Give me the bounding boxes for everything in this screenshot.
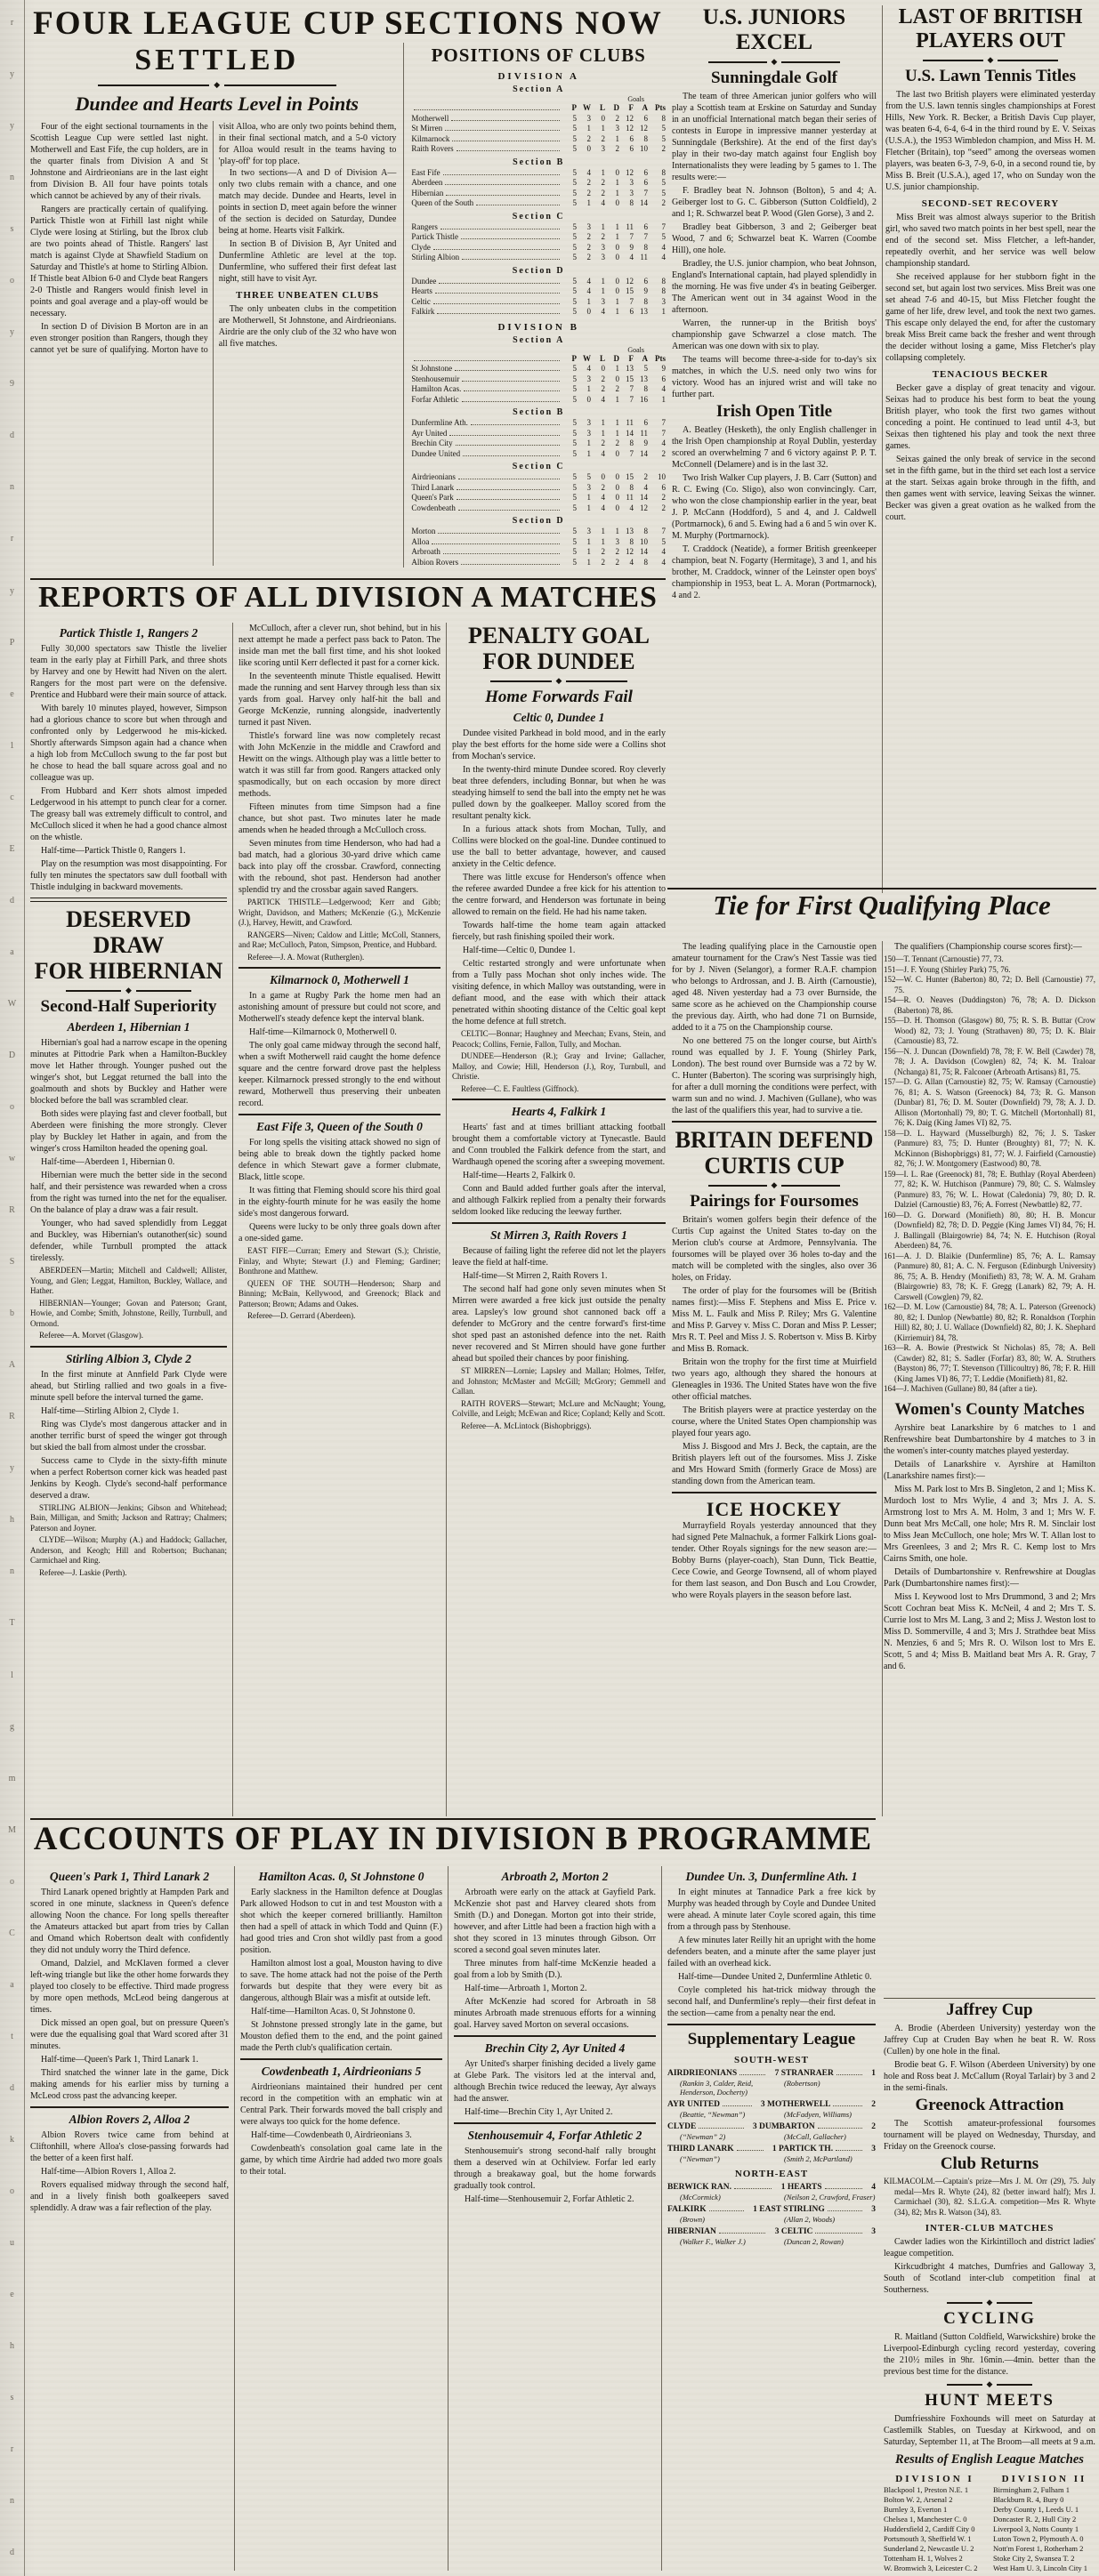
table-text: 10 xyxy=(648,472,666,483)
curtis-body: Britain's women golfers begin their defe… xyxy=(672,1214,877,1487)
result-text: 7 xyxy=(768,2068,779,2079)
table-text: 1 xyxy=(577,449,591,460)
table-text: DIVISION B xyxy=(411,322,666,333)
ice-hockey-title: ICE HOCKEY xyxy=(672,1498,877,1520)
table-text: 2 xyxy=(605,144,619,155)
table-text: DIVISION A xyxy=(411,71,666,82)
result-text: AYR UNITED xyxy=(667,2099,720,2110)
table-text: Stirling Albion xyxy=(411,253,459,263)
paragraph: Fifteen minutes from time Simpson had a … xyxy=(238,801,440,836)
table-text xyxy=(414,109,560,110)
result-text: 3 xyxy=(865,2144,876,2154)
table-text: 0 xyxy=(605,493,619,503)
division-b-col3: Arbroath 2, Morton 2 Arbroath were early… xyxy=(448,1866,662,2571)
headline-ornament xyxy=(98,81,336,89)
table-text: Goals xyxy=(411,95,666,103)
table-text: 8 xyxy=(634,558,648,568)
table-text: 2 xyxy=(591,134,605,145)
table-text: Dundee xyxy=(411,277,436,287)
table-text: 1 xyxy=(605,297,619,308)
stenny-score: Stenhousemuir 4, Forfar Athletic 2 xyxy=(454,2129,656,2143)
margin-noise-glyph: g xyxy=(10,1722,14,1732)
table-row: Hearts54101598 xyxy=(411,286,666,297)
paragraph: Seven minutes from time Henderson, who h… xyxy=(238,838,440,896)
margin-noise-glyph: d xyxy=(10,2083,14,2093)
paragraph: Referee—A. Morvet (Glasgow). xyxy=(30,1331,227,1341)
paragraph: The leading qualifying place in the Carn… xyxy=(672,941,877,1034)
division-a-col2: McCulloch, after a clever run, shot behi… xyxy=(233,623,447,1816)
margin-noise-glyph: e xyxy=(10,2290,13,2299)
table-text: 11 xyxy=(634,429,648,439)
paragraph: Rangers are practically certain of quali… xyxy=(30,204,208,319)
table-text: 9 xyxy=(619,243,634,254)
table-text: 15 xyxy=(619,472,634,483)
table-text: 7 xyxy=(648,429,666,439)
table-row: St Mirren511312125 xyxy=(411,124,666,134)
table-text: 1 xyxy=(577,439,591,449)
margin-noise-glyph: w xyxy=(9,1154,15,1163)
result-text: THIRD LANARK xyxy=(667,2144,734,2154)
paragraph: The only unbeaten clubs in the competiti… xyxy=(219,303,397,350)
tie-headline: Tie for First Qualifying Place xyxy=(667,890,1096,922)
table-text: 3 xyxy=(619,189,634,199)
paragraph: Three minutes from half-time McKenzie he… xyxy=(454,1958,656,1981)
paragraph: From Hubbard and Kerr shots almost imped… xyxy=(30,785,227,843)
table-text: Forfar Athletic xyxy=(411,395,458,406)
table-text xyxy=(435,293,560,294)
result-text: (Duncan 2, Rowan) xyxy=(772,2237,876,2246)
paragraph: In the first minute at Annfield Park Cly… xyxy=(30,1369,227,1404)
table-text: 5 xyxy=(562,537,577,548)
paragraph: McCulloch, after a clever run, shot behi… xyxy=(238,623,440,669)
paragraph: Britain's women golfers begin their defe… xyxy=(672,1214,877,1284)
paragraph: Third Lanark opened brightly at Hampden … xyxy=(30,1887,229,1956)
result-text: CLYDE xyxy=(667,2121,696,2132)
result-text: Stoke City 2, Swansea T. 2 xyxy=(993,2554,1095,2564)
table-text xyxy=(476,205,560,205)
stmirren-score: St Mirren 3, Raith Rovers 1 xyxy=(452,1228,666,1243)
table-text: 7 xyxy=(634,232,648,243)
margin-noise-glyph: n xyxy=(10,482,14,492)
lead-headline-line2: SETTLED xyxy=(30,43,403,78)
table-text: 4 xyxy=(591,503,605,514)
table-text: 5 xyxy=(562,243,577,254)
table-text: Arbroath xyxy=(411,547,440,558)
article-dundee-united: Dundee Un. 3, Dunfermline Ath. 1 In eigh… xyxy=(667,1870,876,2019)
table-row: Forfar Athletic50417161 xyxy=(411,395,666,406)
table-text: 3 xyxy=(648,297,666,308)
division-b-band: ACCOUNTS OF PLAY IN DIVISION B PROGRAMME xyxy=(30,1818,876,1864)
result-text: Luton Town 2, Plymouth A. 0 xyxy=(993,2534,1095,2544)
result-text: Liverpool 3, Notts County 1 xyxy=(993,2524,1095,2534)
greenock-body: The Scottish amateur-professional fourso… xyxy=(884,2118,1095,2153)
article-brechin: Brechin City 2, Ayr United 4 Ayr United'… xyxy=(454,2041,656,2118)
table-row: Aberdeen5221365 xyxy=(411,178,666,189)
table-text: 1 xyxy=(605,307,619,318)
newspaper-page: ryynsoy9dnryPe1cEdaWDowRSbARyhnTlgmMoCat… xyxy=(0,0,1099,2576)
table-text: 1 xyxy=(605,134,619,145)
paragraph: The last two British players were elimin… xyxy=(885,89,1095,193)
result-text xyxy=(737,2150,764,2151)
result-text: Tottenham H. 1, Wolves 2 xyxy=(884,2554,986,2564)
table-text: 0 xyxy=(605,253,619,263)
paragraph: 162—D. M. Low (Carnoustie) 84, 78; A. L.… xyxy=(884,1302,1095,1343)
supplementary-title: Supplementary League xyxy=(667,2030,876,2049)
table-text: 5 xyxy=(562,178,577,189)
table-text: 12 xyxy=(619,124,634,134)
table-text: 8 xyxy=(634,297,648,308)
result-text: (McCall, Gallacher) xyxy=(772,2132,876,2141)
result-text: Blackpool 1, Preston N.E. 1 xyxy=(884,2485,986,2495)
english-division: DIVISION IIBirmingham 2, Fulham 1Blackbu… xyxy=(993,2472,1095,2573)
margin-noise-glyph: h xyxy=(10,2341,14,2351)
table-text xyxy=(449,435,560,436)
paragraph: Miss I. Keywood lost to Mrs Drummond, 3 … xyxy=(884,1591,1095,1672)
paragraph: Cowdenbeath's consolation goal came late… xyxy=(240,2143,442,2178)
table-text: 1 xyxy=(591,286,605,297)
table-text xyxy=(464,390,560,391)
queens-body: Third Lanark opened brightly at Hampden … xyxy=(30,1887,229,2102)
margin-noise-glyph: s xyxy=(11,224,14,234)
table-text xyxy=(432,543,560,544)
diamond-ornament xyxy=(552,677,567,685)
table-text xyxy=(433,303,560,304)
paragraph: Miss M. Park lost to Mrs B. Singleton, 2… xyxy=(884,1484,1095,1565)
table-text: 5 xyxy=(634,364,648,374)
table-text: Partick Thistle xyxy=(411,232,458,243)
table-text: 8 xyxy=(634,134,648,145)
table-text: Stenhousemuir xyxy=(411,374,459,385)
table-text: 1 xyxy=(605,222,619,233)
article-kilmarnock: Kilmarnock 0, Motherwell 1 In a game at … xyxy=(238,973,440,1109)
table-text: 5 xyxy=(562,547,577,558)
table-text: 7 xyxy=(648,222,666,233)
table-text: A xyxy=(634,103,648,114)
table-text: 9 xyxy=(634,286,648,297)
paragraph: 156—N. J. Duncan (Downfield) 78, 78; F. … xyxy=(884,1047,1095,1078)
table-text: 5 xyxy=(648,537,666,548)
club-returns-title: Club Returns xyxy=(884,2154,1095,2174)
table-text: 2 xyxy=(577,178,591,189)
paragraph: Miss J. Bisgood and Mrs J. Beck, the cap… xyxy=(672,1441,877,1487)
table-text: Queen's Park xyxy=(411,493,453,503)
table-text: 5 xyxy=(562,429,577,439)
table-text: 2 xyxy=(591,384,605,395)
table-text: 4 xyxy=(648,243,666,254)
result-text: Chelsea 1, Manchester C. 0 xyxy=(884,2515,986,2524)
table-text: 5 xyxy=(562,277,577,287)
margin-noise-glyph: m xyxy=(9,1774,16,1783)
paragraph: Half-time—Partick Thistle 0, Rangers 1. xyxy=(30,845,227,857)
table-text: 5 xyxy=(562,395,577,406)
result-text: 3 xyxy=(865,2226,876,2237)
table-text: 5 xyxy=(648,178,666,189)
second-set-crosshead: SECOND-SET RECOVERY xyxy=(885,198,1095,209)
hibs-teams: ABERDEEN—Martin; Mitchell and Caldwell; … xyxy=(30,1266,227,1341)
irish-open-body: A. Beatley (Hesketh), the only English c… xyxy=(672,424,877,601)
paragraph: Stenhousemuir's strong second-half rally… xyxy=(454,2145,656,2192)
table-text: 2 xyxy=(605,558,619,568)
margin-noise-glyph: s xyxy=(11,2393,14,2403)
table-text: 2 xyxy=(648,503,666,514)
margin-noise-glyph: D xyxy=(9,1051,15,1060)
paragraph: Fully 30,000 spectators saw Thistle the … xyxy=(30,643,227,701)
paragraph: Hamilton almost lost a goal, Mouston hav… xyxy=(240,1958,442,2004)
paragraph: DUNDEE—Henderson (R.); Gray and Irvine; … xyxy=(452,1051,666,1083)
table-text: 8 xyxy=(648,114,666,125)
table-text: L xyxy=(591,354,605,365)
paragraph: Half-time—Dundee United 2, Dunfermline A… xyxy=(667,1971,876,1983)
table-text: 4 xyxy=(577,168,591,179)
english-division: DIVISION IBlackpool 1, Preston N.E. 1Bol… xyxy=(884,2472,986,2573)
table-text: 3 xyxy=(577,114,591,125)
result-text: HEARTS xyxy=(785,2182,821,2193)
table-text: Section A xyxy=(411,335,666,345)
table-text: 3 xyxy=(591,144,605,155)
table-text: 14 xyxy=(619,429,634,439)
result-text: STRANRAER xyxy=(779,2068,834,2079)
table-row: Albion Rovers5122484 xyxy=(411,558,666,568)
table-row: Kilmarnock5221685 xyxy=(411,134,666,145)
table-text: 0 xyxy=(605,243,619,254)
table-text: 7 xyxy=(619,297,634,308)
table-text: 6 xyxy=(634,168,648,179)
table-text: 5 xyxy=(562,134,577,145)
paragraph: The teams will become three-a-side for t… xyxy=(672,354,877,400)
result-text: MOTHERWELL xyxy=(765,2099,831,2110)
table-text: 0 xyxy=(605,374,619,385)
result-text: DUMBARTON xyxy=(757,2121,815,2132)
dundee-body: Dundee visited Parkhead in bold mood, an… xyxy=(452,728,666,1027)
result-text: (Brown) xyxy=(667,2215,772,2224)
positions-tables: DIVISION ASection AGoalsPWLDFAPtsMotherw… xyxy=(411,71,666,568)
table-text: 5 xyxy=(562,493,577,503)
table-text: 2 xyxy=(591,483,605,494)
table-text: 5 xyxy=(562,449,577,460)
division-b-reports: Queen's Park 1, Third Lanark 2 Third Lan… xyxy=(30,1866,876,2571)
paragraph: R. Maitland (Sutton Coldfield, Warwicksh… xyxy=(884,2331,1095,2378)
table-text: 11 xyxy=(634,253,648,263)
tenacious-becker-crosshead: TENACIOUS BECKER xyxy=(885,369,1095,380)
paragraph: 155—D. H. Thomson (Glasgow) 80, 75; R. S… xyxy=(884,1016,1095,1047)
table-text: 2 xyxy=(577,189,591,199)
table-text: 4 xyxy=(634,483,648,494)
english-results-lists: DIVISION IBlackpool 1, Preston N.E. 1Bol… xyxy=(884,2472,1095,2573)
table-text: 4 xyxy=(577,277,591,287)
result-text: Sunderland 2, Newcastle U. 2 xyxy=(884,2544,986,2554)
table-row: Falkirk50416131 xyxy=(411,307,666,318)
table-text: 13 xyxy=(619,527,634,537)
table-text: W xyxy=(577,354,591,365)
paragraph: Airdrieonians maintained their hundred p… xyxy=(240,2081,442,2128)
arbroath-score: Arbroath 2, Morton 2 xyxy=(454,1870,656,1884)
result-text: (Neilson 2, Crawford, Fraser) xyxy=(772,2193,876,2202)
result-text xyxy=(699,2128,743,2129)
table-text: P xyxy=(562,103,577,114)
table-row: Airdrieonians550015210 xyxy=(411,472,666,483)
table-text: Section D xyxy=(411,516,666,526)
table-text: Queen of the South xyxy=(411,198,473,209)
table-text: 1 xyxy=(605,418,619,429)
table-row: Dunfermline Ath.53111167 xyxy=(411,418,666,429)
paragraph: Celtic restarted strongly and were unfor… xyxy=(452,958,666,1027)
margin-noise-glyph: R xyxy=(9,1412,15,1421)
result-text: Huddersfield 2, Cardiff City 0 xyxy=(884,2524,986,2534)
table-text: 3 xyxy=(605,124,619,134)
table-text: 8 xyxy=(619,439,634,449)
table-text xyxy=(439,283,560,284)
table-text: East Fife xyxy=(411,168,440,179)
margin-noise-glyph: a xyxy=(10,1980,13,1990)
brechin-score: Brechin City 2, Ayr United 4 xyxy=(454,2041,656,2056)
stenny-body: Stenhousemuir's strong second-half rally… xyxy=(454,2145,656,2205)
table-text: 5 xyxy=(577,472,591,483)
paragraph: Arbroath were early on the attack at Gay… xyxy=(454,1887,656,1956)
paragraph: 161—A. J. D. Blaikie (Dunfermline) 85, 7… xyxy=(884,1252,1095,1303)
paragraph: QUEEN OF THE SOUTH—Henderson; Sharp and … xyxy=(238,1279,440,1310)
eastfife-score: East Fife 3, Queen of the South 0 xyxy=(238,1120,440,1134)
hearts-score: Hearts 4, Falkirk 1 xyxy=(452,1105,666,1119)
table-text: 3 xyxy=(591,297,605,308)
table-text: 6 xyxy=(634,222,648,233)
table-text xyxy=(462,401,560,402)
division-a-reports: Partick Thistle 1, Rangers 2 Fully 30,00… xyxy=(30,623,666,1816)
result-text: (Beattie, “Newman”)(McFadyen, Williams) xyxy=(667,2110,876,2119)
paragraph: Both sides were playing fast and clever … xyxy=(30,1108,227,1155)
paragraph: It was fitting that Fleming should score… xyxy=(238,1185,440,1220)
paragraph: Becker gave a display of great tenacity … xyxy=(885,382,1095,452)
article-hearts: Hearts 4, Falkirk 1 Hearts' fast and at … xyxy=(452,1105,666,1218)
stirling-body: In the first minute at Annfield Park Cly… xyxy=(30,1369,227,1501)
table-text: 0 xyxy=(605,483,619,494)
table-text: 5 xyxy=(562,439,577,449)
womens-county-title: Women's County Matches xyxy=(884,1400,1095,1420)
table-text: Brechin City xyxy=(411,439,452,449)
table-text: 8 xyxy=(619,483,634,494)
paragraph: 157—D. G. Allan (Carnoustie) 82, 75; W. … xyxy=(884,1077,1095,1129)
paragraph: A. Beatley (Hesketh), the only English c… xyxy=(672,424,877,471)
result-text xyxy=(833,2105,862,2106)
article-supplementary-league: Supplementary League SOUTH-WESTAIRDRIEON… xyxy=(667,2030,876,2246)
table-text: 2 xyxy=(577,232,591,243)
table-row: East Fife54101268 xyxy=(411,168,666,179)
table-text xyxy=(455,370,560,371)
paragraph: HIBERNIAN—Younger; Govan and Paterson; G… xyxy=(30,1299,227,1330)
table-text xyxy=(446,195,560,196)
table-text: 9 xyxy=(648,364,666,374)
paragraph: Albion Rovers twice came from behind at … xyxy=(30,2129,229,2164)
table-text: Ayr United xyxy=(411,429,447,439)
paragraph: ABERDEEN—Martin; Mitchell and Caldwell; … xyxy=(30,1266,227,1297)
result-text: West Ham U. 3, Lincoln City 1 xyxy=(993,2564,1095,2573)
table-text: Section C xyxy=(411,462,666,471)
paragraph: EAST FIFE—Curran; Emery and Stewart (S.)… xyxy=(238,1246,440,1277)
paragraph: Thistle's forward line was now completel… xyxy=(238,730,440,800)
result-text: SOUTH-WEST xyxy=(667,2055,876,2065)
table-text: 4 xyxy=(648,547,666,558)
result-row: THIRD LANARK1 PARTICK TH.3 xyxy=(667,2144,876,2154)
table-text: 5 xyxy=(562,307,577,318)
table-text: 5 xyxy=(562,503,577,514)
table-text: 12 xyxy=(619,277,634,287)
paragraph: 160—D. G. Dorward (Monifieth) 80, 80; H.… xyxy=(884,1211,1095,1252)
paragraph: She received applause for her stubborn f… xyxy=(885,271,1095,364)
table-text: Kilmarnock xyxy=(411,134,449,145)
paragraph: Hibernian's goal had a narrow escape in … xyxy=(30,1037,227,1107)
thistle-score: Partick Thistle 1, Rangers 2 xyxy=(30,626,227,640)
margin-noise-glyph: y xyxy=(10,327,14,337)
table-text: F xyxy=(619,354,634,365)
table-text: 6 xyxy=(648,483,666,494)
margin-noise-glyph: d xyxy=(10,2548,14,2557)
table-text: 1 xyxy=(591,527,605,537)
table-text xyxy=(452,141,560,141)
inter-club-body: Cawder ladies won the Kirkintilloch and … xyxy=(884,2236,1095,2296)
margin-noise-glyph: R xyxy=(9,1205,15,1215)
result-text: 1 xyxy=(766,2144,777,2154)
table-text: 1 xyxy=(605,364,619,374)
table-text: 3 xyxy=(577,374,591,385)
table-text: 4 xyxy=(619,253,634,263)
table-text: 8 xyxy=(634,243,648,254)
table-text: 10 xyxy=(634,144,648,155)
article-greenock: Greenock Attraction The Scottish amateur… xyxy=(884,2096,1095,2153)
margin-noise-glyph: d xyxy=(10,431,14,440)
table-text: 5 xyxy=(648,189,666,199)
paragraph: Half-time—Aberdeen 1, Hibernian 0. xyxy=(30,1156,227,1168)
table-text: 11 xyxy=(619,222,634,233)
table-text xyxy=(462,259,560,260)
paragraph: Four of the eight sectional tournaments … xyxy=(30,121,208,202)
diamond-ornament xyxy=(767,1181,782,1189)
table-text: 2 xyxy=(648,493,666,503)
paragraph: Half-time—Arbroath 1, Morton 2. xyxy=(454,1983,656,1994)
paragraph: Bradley beat Gibberson, 3 and 2; Geiberg… xyxy=(672,221,877,256)
paragraph: Hearts' fast and at times brilliant atta… xyxy=(452,1122,666,1168)
paragraph: Referee—C. E. Faultless (Giffnock). xyxy=(452,1084,666,1095)
club-returns-body: KILMACOLM.—Captain's prize—Mrs J. M. Orr… xyxy=(884,2177,1095,2218)
tennis-article: LAST OF BRITISHPLAYERS OUT U.S. Lawn Ten… xyxy=(885,5,1095,886)
us-juniors-headline: U.S. JUNIORSEXCEL xyxy=(672,5,877,55)
tie-headline-band: Tie for First Qualifying Place xyxy=(667,888,1096,941)
paragraph: Bradley, the U.S. junior champion, who b… xyxy=(672,258,877,316)
table-text xyxy=(463,455,560,456)
paragraph: In section B of Division B, Ayr United a… xyxy=(219,238,397,285)
paragraph: Coyle completed his hat-trick midway thr… xyxy=(667,1984,876,2019)
english-results-title: Results of English League Matches xyxy=(884,2450,1095,2469)
table-text: 8 xyxy=(648,286,666,297)
division-a-col3: PENALTY GOALFOR DUNDEE Home Forwards Fai… xyxy=(447,623,666,1816)
cowden-body: Airdrieonians maintained their hundred p… xyxy=(240,2081,442,2178)
table-text: Motherwell xyxy=(411,114,448,125)
table-text: 5 xyxy=(648,134,666,145)
paragraph: For long spells the visiting attack show… xyxy=(238,1137,440,1183)
table-text: PWLDFAPts xyxy=(411,103,666,114)
margin-noise-glyph: 1 xyxy=(10,741,14,751)
table-text: 5 xyxy=(562,527,577,537)
table-text: St Mirren xyxy=(411,124,442,134)
table-text: 6 xyxy=(648,374,666,385)
paragraph: 151—J. F. Young (Shirley Park) 75, 76. xyxy=(884,965,1095,976)
paragraph: Half-time—Cowdenbeath 0, Airdrieonians 3… xyxy=(240,2129,442,2141)
stirling-score: Stirling Albion 3, Clyde 2 xyxy=(30,1352,227,1366)
lead-col2b: The only unbeaten clubs in the competiti… xyxy=(219,303,397,350)
table-text: 5 xyxy=(562,253,577,263)
table-text: 0 xyxy=(605,449,619,460)
result-text: (Rankin 3, Calder, Reid, Henderson, Doch… xyxy=(667,2079,876,2097)
result-text xyxy=(719,2233,766,2234)
margin-noise-glyph: d xyxy=(10,896,14,906)
